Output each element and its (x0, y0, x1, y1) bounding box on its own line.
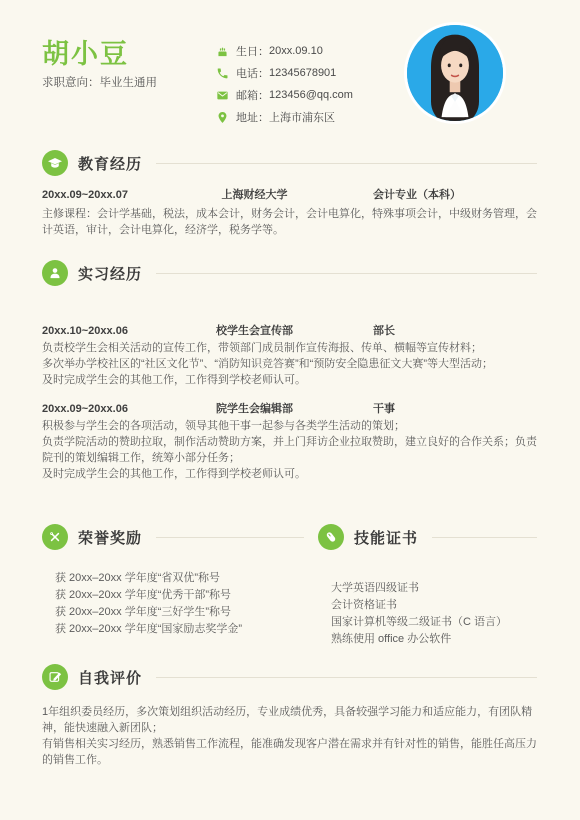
description-line: 负责校学生会相关活动的宣传工作，带领部门成员制作宣传海报、传单、横幅等宣传材料； (42, 340, 537, 356)
person-icon (42, 260, 68, 286)
section-divider (432, 537, 537, 538)
internship-period: 20xx.10~20xx.06 (42, 325, 172, 337)
internship-header: 实习经历 (42, 260, 537, 286)
resume-page: 胡小豆 求职意向：毕业生通用 生日： 20xx.09.10 电话： 123456… (0, 0, 580, 820)
skill-item: 熟练使用 office 办公软件 (331, 631, 537, 648)
internship-entry: 20xx.10~20xx.06 校学生会宣传部 部长 负责校学生会相关活动的宣传… (42, 322, 537, 388)
internship-entry-row: 20xx.09~20xx.06 院学生会编辑部 干事 (42, 400, 537, 416)
honors-skills-row: 荣誉奖励 获 20xx–20xx 学年度“省双优”称号 获 20xx–20xx … (42, 524, 537, 664)
skill-item: 国家计算机等级二级证书（C 语言） (331, 614, 537, 631)
section-title: 实习经历 (78, 263, 142, 284)
contact-row-phone: 电话： 12345678901 (216, 62, 353, 84)
internship-role: 部长 (373, 322, 395, 338)
skills-list: 大学英语四级证书 会计资格证书 国家计算机等级二级证书（C 语言） 熟练使用 o… (318, 580, 537, 648)
contact-value: 123456@qq.com (269, 89, 353, 101)
candidate-photo (404, 22, 506, 124)
location-pin-icon (216, 111, 229, 124)
honors-header: 荣誉奖励 (42, 524, 304, 550)
contact-value: 20xx.09.10 (269, 45, 323, 57)
edit-pencil-icon (42, 664, 68, 690)
internship-role: 干事 (373, 400, 395, 416)
section-title: 教育经历 (78, 153, 142, 174)
section-honors: 荣誉奖励 获 20xx–20xx 学年度“省双优”称号 获 20xx–20xx … (42, 524, 304, 664)
section-title: 技能证书 (354, 527, 418, 548)
section-education: 教育经历 20xx.09~20xx.07 上海财经大学 会计专业（本科） 主修课… (42, 150, 537, 238)
section-title: 荣誉奖励 (78, 527, 142, 548)
section-divider (156, 677, 537, 678)
internship-org: 院学生会编辑部 (172, 400, 337, 416)
crossed-tools-icon (42, 524, 68, 550)
skill-item: 大学英语四级证书 (331, 580, 537, 597)
education-period: 20xx.09~20xx.07 (42, 189, 172, 201)
contact-row-email: 邮箱： 123456@qq.com (216, 84, 353, 106)
candidate-name: 胡小豆 (42, 32, 129, 71)
contact-row-birthday: 生日： 20xx.09.10 (216, 40, 353, 62)
honors-list: 获 20xx–20xx 学年度“省双优”称号 获 20xx–20xx 学年度“优… (42, 570, 304, 638)
education-major: 会计专业（本科） (373, 186, 461, 202)
skill-item: 会计资格证书 (331, 597, 537, 614)
internship-description: 负责校学生会相关活动的宣传工作，带领部门成员制作宣传海报、传单、横幅等宣传材料；… (42, 340, 537, 388)
self-evaluation-line: 有销售相关实习经历，熟悉销售工作流程，能准确发现客户潜在需求并有针对性的销售，能… (42, 736, 537, 768)
section-skills: 技能证书 大学英语四级证书 会计资格证书 国家计算机等级二级证书（C 语言） 熟… (318, 524, 537, 664)
internship-entry-row: 20xx.10~20xx.06 校学生会宣传部 部长 (42, 322, 537, 338)
description-line: 及时完成学生会的其他工作，工作得到学校老师认可。 (42, 372, 537, 388)
graduation-cap-icon (42, 150, 68, 176)
description-line: 负责学院活动的赞助拉取，制作活动赞助方案，并上门拜访企业拉取赞助，建立良好的合作… (42, 434, 537, 466)
honor-item: 获 20xx–20xx 学年度“省双优”称号 (55, 570, 304, 587)
education-header: 教育经历 (42, 150, 537, 176)
skills-header: 技能证书 (318, 524, 537, 550)
honor-item: 获 20xx–20xx 学年度“三好学生”称号 (55, 604, 304, 621)
description-line: 及时完成学生会的其他工作，工作得到学校老师认可。 (42, 466, 537, 482)
mouse-icon (318, 524, 344, 550)
honor-item: 获 20xx–20xx 学年度“优秀干部”称号 (55, 587, 304, 604)
honor-item: 获 20xx–20xx 学年度“国家励志奖学金” (55, 621, 304, 638)
internship-period: 20xx.09~20xx.06 (42, 403, 172, 415)
description-line: 积极参与学生会的各项活动，领导其他干事一起参与各类学生活动的策划； (42, 418, 537, 434)
resume-header: 胡小豆 求职意向：毕业生通用 生日： 20xx.09.10 电话： 123456… (0, 0, 580, 150)
section-divider (156, 537, 304, 538)
section-self-evaluation: 自我评价 1年组织委员经历，多次策划组织活动经历，专业成绩优秀，具备较强学习能力… (42, 664, 537, 768)
section-title: 自我评价 (78, 667, 142, 688)
internship-entry: 20xx.09~20xx.06 院学生会编辑部 干事 积极参与学生会的各项活动，… (42, 400, 537, 482)
contact-label: 邮箱： (236, 87, 269, 103)
contact-value: 12345678901 (269, 67, 336, 79)
phone-icon (216, 67, 229, 80)
birthday-cake-icon (216, 45, 229, 58)
contact-value: 上海市浦东区 (269, 109, 335, 125)
education-school: 上海财经大学 (172, 186, 337, 202)
internship-org: 校学生会宣传部 (172, 322, 337, 338)
section-internship: 实习经历 20xx.10~20xx.06 校学生会宣传部 部长 负责校学生会相关… (42, 260, 537, 482)
section-divider (156, 163, 537, 164)
self-evaluation-header: 自我评价 (42, 664, 537, 690)
contact-row-address: 地址： 上海市浦东区 (216, 106, 353, 128)
photo-illustration (407, 25, 503, 121)
internship-description: 积极参与学生会的各项活动，领导其他干事一起参与各类学生活动的策划； 负责学院活动… (42, 418, 537, 482)
contact-label: 生日： (236, 43, 269, 59)
self-evaluation-line: 1年组织委员经历，多次策划组织活动经历，专业成绩优秀，具备较强学习能力和适应能力… (42, 704, 537, 736)
education-entry-row: 20xx.09~20xx.07 上海财经大学 会计专业（本科） (42, 186, 537, 202)
self-evaluation-text: 1年组织委员经历，多次策划组织活动经历，专业成绩优秀，具备较强学习能力和适应能力… (42, 704, 537, 768)
contact-label: 地址： (236, 109, 269, 125)
description-line: 多次举办学校社区的“社区文化节”、“消防知识竞答赛”和“预防安全隐患征文大赛”等… (42, 356, 537, 372)
job-intention: 求职意向：毕业生通用 (42, 74, 157, 90)
contact-info: 生日： 20xx.09.10 电话： 12345678901 邮箱： 12345… (216, 40, 353, 128)
mail-icon (216, 89, 229, 102)
section-divider (156, 273, 537, 274)
education-courses: 主修课程：会计学基础，税法，成本会计，财务会计，会计电算化，特殊事项会计，中级财… (42, 206, 537, 238)
resume-body: 教育经历 20xx.09~20xx.07 上海财经大学 会计专业（本科） 主修课… (0, 150, 580, 768)
contact-label: 电话： (236, 65, 269, 81)
